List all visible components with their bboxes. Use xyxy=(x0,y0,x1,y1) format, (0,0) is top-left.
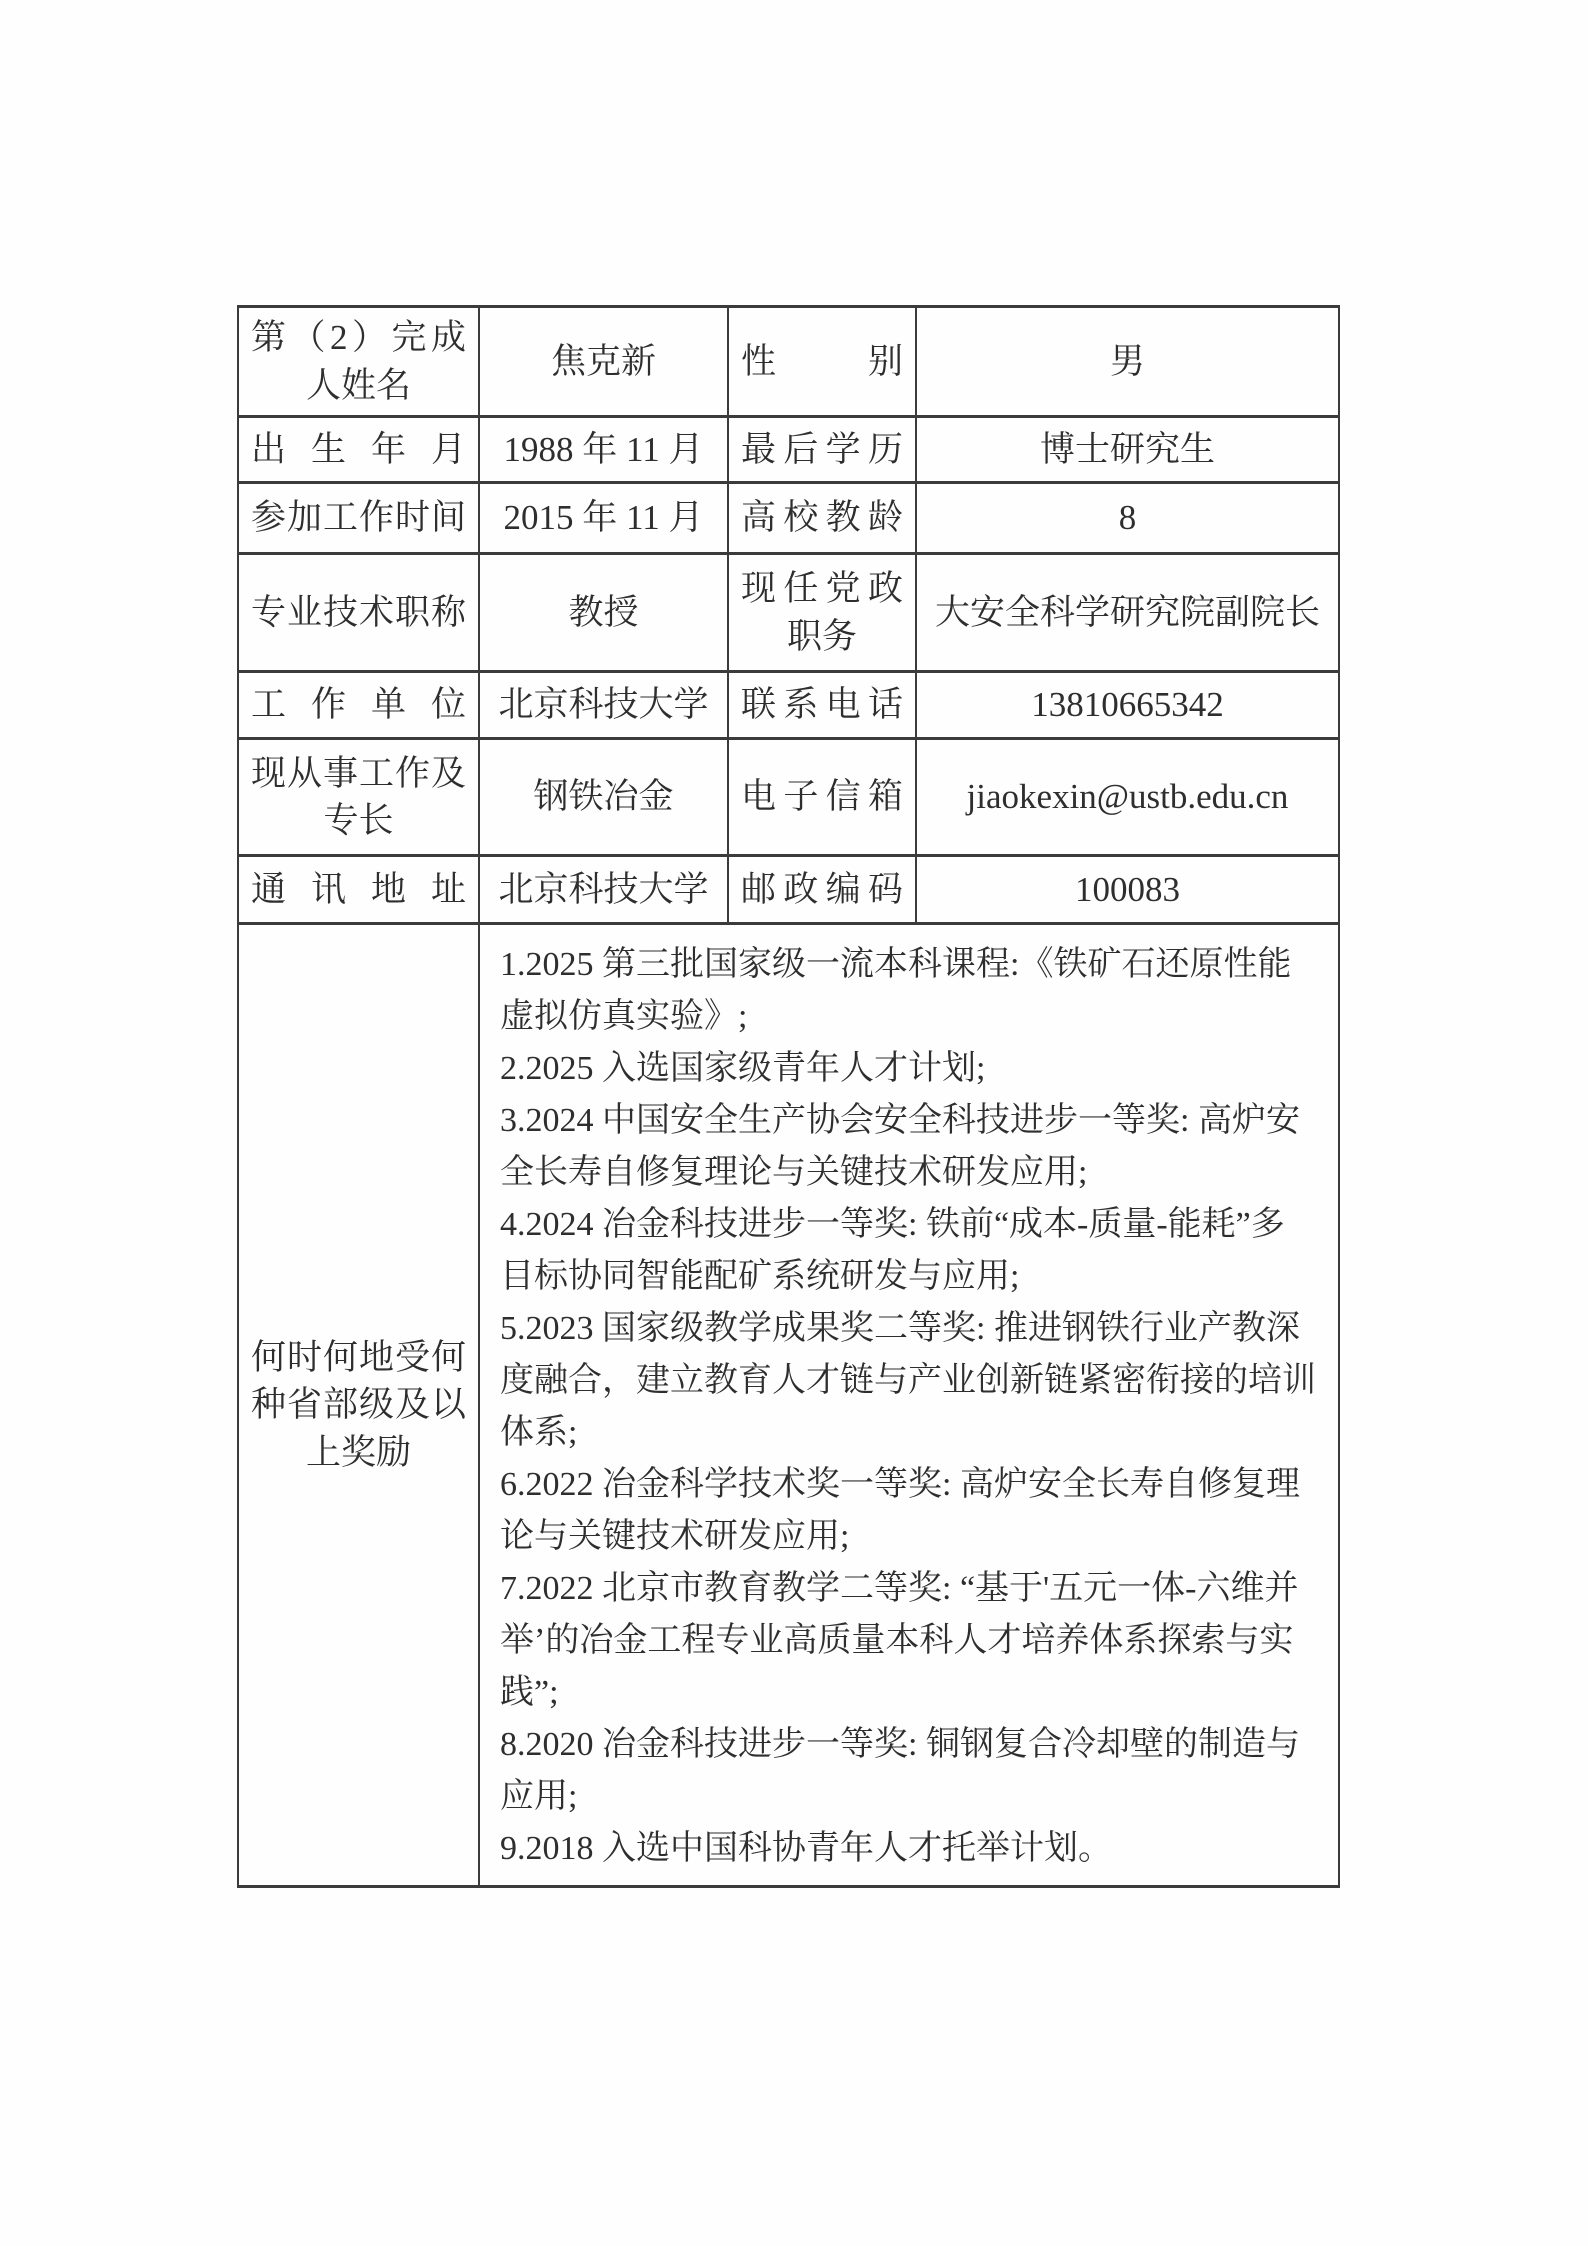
award-item: 3.2024 中国安全生产协会安全科技进步一等奖: 高炉安全长寿自修复理论与关键… xyxy=(500,1095,1318,1199)
party-position-label: 现任党政职务 xyxy=(741,565,903,660)
current-work-value-cell: 钢铁冶金 xyxy=(479,739,728,856)
phone-label: 联系电话 xyxy=(741,681,903,728)
award-item: 8.2020 冶金科技进步一等奖: 铜钢复合冷却壁的制造与应用; xyxy=(500,1719,1318,1823)
mailing-address-value: 北京科技大学 xyxy=(492,866,715,913)
email-value-cell: jiaokexin@ustb.edu.cn xyxy=(916,739,1339,856)
teaching-years-value: 8 xyxy=(929,494,1326,541)
award-item: 4.2024 冶金科技进步一等奖: 铁前“成本-质量-能耗”多目标协同智能配矿系… xyxy=(500,1199,1318,1303)
table-row: 参加工作时间 2015 年 11 月 高校教龄 8 xyxy=(238,483,1339,554)
birth-date-value: 1988 年 11 月 xyxy=(492,426,715,473)
professional-title-value-cell: 教授 xyxy=(479,554,728,672)
scanned-form-page: 第（2）完成人姓名 焦克新 性别 男 出生年月 1988 年 11 月 最后学历 xyxy=(0,0,1588,2246)
award-item: 6.2022 冶金科学技术奖一等奖: 高炉安全长寿自修复理论与关键技术研发应用; xyxy=(500,1459,1318,1563)
party-position-value: 大安全科学研究院副院长 xyxy=(929,589,1326,636)
completer-name-label-cell: 第（2）完成人姓名 xyxy=(238,307,479,417)
completer-name-value-cell: 焦克新 xyxy=(479,307,728,417)
award-item: 7.2022 北京市教育教学二等奖: “基于'五元一体-六维并举’的冶金工程专业… xyxy=(500,1563,1318,1719)
teaching-years-label: 高校教龄 xyxy=(741,494,903,541)
current-work-label: 现从事工作及专长 xyxy=(251,750,466,845)
birth-date-label-cell: 出生年月 xyxy=(238,417,479,483)
employer-value: 北京科技大学 xyxy=(492,681,715,728)
teaching-years-label-cell: 高校教龄 xyxy=(728,483,916,554)
last-degree-value-cell: 博士研究生 xyxy=(916,417,1339,483)
table-row: 第（2）完成人姓名 焦克新 性别 男 xyxy=(238,307,1339,417)
phone-value-cell: 13810665342 xyxy=(916,672,1339,739)
mailing-address-label-cell: 通讯地址 xyxy=(238,856,479,924)
gender-value-cell: 男 xyxy=(916,307,1339,417)
postal-code-value-cell: 100083 xyxy=(916,856,1339,924)
employer-value-cell: 北京科技大学 xyxy=(479,672,728,739)
table-row: 何时何地受何种省部级及以上奖励 1.2025 第三批国家级一流本科课程:《铁矿石… xyxy=(238,924,1339,1887)
email-label: 电子信箱 xyxy=(741,773,903,820)
award-item: 2.2025 入选国家级青年人才计划; xyxy=(500,1043,1318,1095)
last-degree-label: 最后学历 xyxy=(741,426,903,473)
current-work-label-cell: 现从事工作及专长 xyxy=(238,739,479,856)
awards-list-cell: 1.2025 第三批国家级一流本科课程:《铁矿石还原性能虚拟仿真实验》; 2.2… xyxy=(479,924,1339,1887)
email-label-cell: 电子信箱 xyxy=(728,739,916,856)
work-start-label-cell: 参加工作时间 xyxy=(238,483,479,554)
award-item: 5.2023 国家级教学成果奖二等奖: 推进钢铁行业产教深度融合，建立教育人才链… xyxy=(500,1303,1318,1459)
employer-label: 工作单位 xyxy=(251,681,466,728)
phone-label-cell: 联系电话 xyxy=(728,672,916,739)
table-row: 工作单位 北京科技大学 联系电话 13810665342 xyxy=(238,672,1339,739)
last-degree-value: 博士研究生 xyxy=(929,426,1326,473)
gender-value: 男 xyxy=(929,338,1326,385)
work-start-value: 2015 年 11 月 xyxy=(492,494,715,541)
table-row: 专业技术职称 教授 现任党政职务 大安全科学研究院副院长 xyxy=(238,554,1339,672)
postal-code-label: 邮政编码 xyxy=(741,866,903,913)
completer-name-value: 焦克新 xyxy=(492,338,715,385)
postal-code-value: 100083 xyxy=(929,866,1326,913)
last-degree-label-cell: 最后学历 xyxy=(728,417,916,483)
email-value: jiaokexin@ustb.edu.cn xyxy=(929,773,1326,820)
work-start-label: 参加工作时间 xyxy=(251,494,466,541)
phone-value: 13810665342 xyxy=(929,681,1326,728)
mailing-address-value-cell: 北京科技大学 xyxy=(479,856,728,924)
awards-label-cell: 何时何地受何种省部级及以上奖励 xyxy=(238,924,479,1887)
table-row: 出生年月 1988 年 11 月 最后学历 博士研究生 xyxy=(238,417,1339,483)
birth-date-label: 出生年月 xyxy=(251,426,466,473)
award-item: 9.2018 入选中国科协青年人才托举计划。 xyxy=(500,1823,1318,1875)
teaching-years-value-cell: 8 xyxy=(916,483,1339,554)
party-position-value-cell: 大安全科学研究院副院长 xyxy=(916,554,1339,672)
gender-label-cell: 性别 xyxy=(728,307,916,417)
party-position-label-cell: 现任党政职务 xyxy=(728,554,916,672)
postal-code-label-cell: 邮政编码 xyxy=(728,856,916,924)
professional-title-label-cell: 专业技术职称 xyxy=(238,554,479,672)
current-work-value: 钢铁冶金 xyxy=(492,773,715,820)
professional-title-value: 教授 xyxy=(492,589,715,636)
completer-name-label: 第（2）完成人姓名 xyxy=(251,314,466,409)
birth-date-value-cell: 1988 年 11 月 xyxy=(479,417,728,483)
work-start-value-cell: 2015 年 11 月 xyxy=(479,483,728,554)
awards-label: 何时何地受何种省部级及以上奖励 xyxy=(251,1334,466,1476)
completer-info-table: 第（2）完成人姓名 焦克新 性别 男 出生年月 1988 年 11 月 最后学历 xyxy=(237,305,1340,1888)
professional-title-label: 专业技术职称 xyxy=(251,589,466,636)
table-row: 通讯地址 北京科技大学 邮政编码 100083 xyxy=(238,856,1339,924)
employer-label-cell: 工作单位 xyxy=(238,672,479,739)
award-item: 1.2025 第三批国家级一流本科课程:《铁矿石还原性能虚拟仿真实验》; xyxy=(500,939,1318,1043)
mailing-address-label: 通讯地址 xyxy=(251,866,466,913)
gender-label: 性别 xyxy=(741,338,903,385)
table-row: 现从事工作及专长 钢铁冶金 电子信箱 jiaokexin@ustb.edu.cn xyxy=(238,739,1339,856)
